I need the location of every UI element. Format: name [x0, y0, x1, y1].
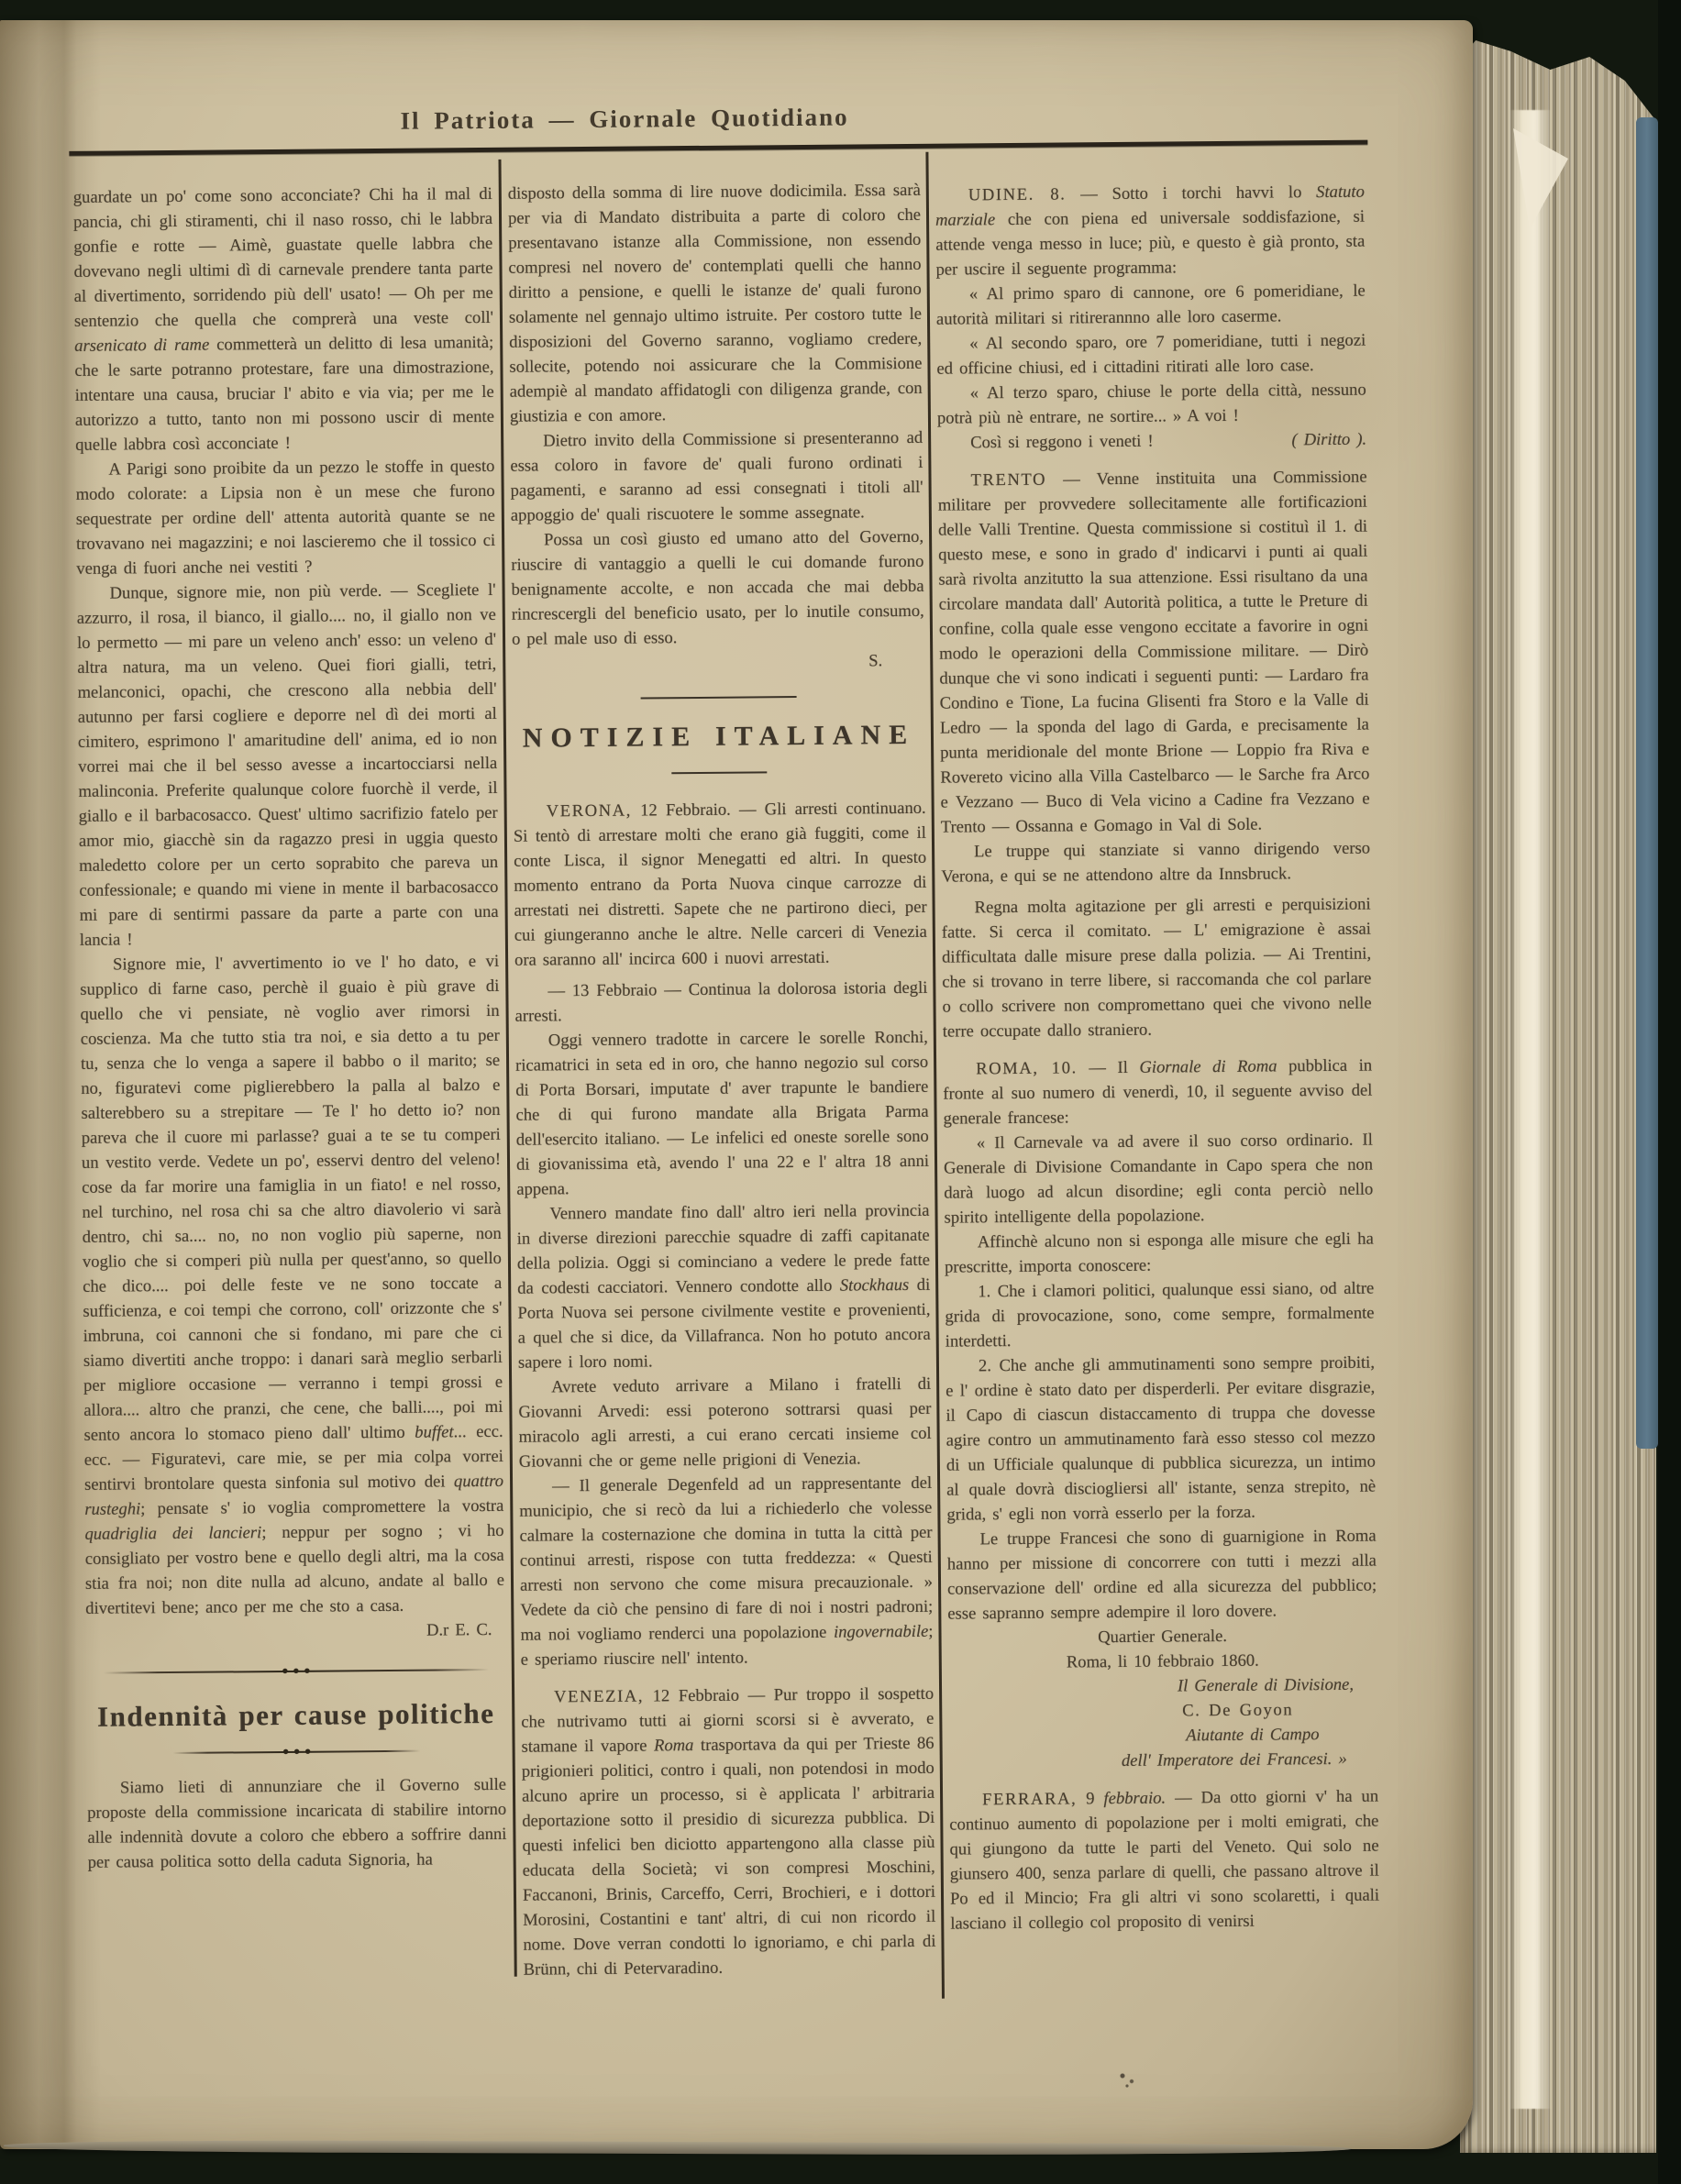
news-paragraph: Oggi vennero tradotte in carcere le sore… — [515, 1025, 930, 1202]
news-paragraph: « Al primo sparo di cannone, ore 6 pomer… — [936, 279, 1366, 332]
divider-ornament — [172, 1748, 420, 1757]
signoff-date: Roma, li 10 febbraio 1860. — [948, 1648, 1377, 1676]
news-item-roma: ROMA, 10. — Il Giornale di Roma pubblica… — [943, 1053, 1373, 1131]
signoff-role-2: dell' Imperatore dei Francesi. » — [949, 1747, 1378, 1775]
news-paragraph: Avrete veduto arrivare a Milano i fratel… — [518, 1372, 932, 1474]
masthead-rule — [69, 140, 1367, 156]
article-paragraph: disposto della somma di lire nuove dodic… — [508, 178, 923, 429]
article-paragraph: Dunque, signore mie, non più verde. — Sc… — [76, 578, 499, 953]
divider-ornament — [103, 1666, 488, 1677]
article-paragraph: Dietro invito della Commissione si prese… — [510, 425, 923, 528]
news-item-trento: TRENTO — Venne instituita una Commission… — [937, 465, 1370, 840]
section-heading: NOTIZIE ITALIANE — [513, 717, 925, 757]
news-paragraph: Regna molta agitazione per gli arresti e… — [941, 892, 1371, 1044]
news-paragraph: — Il generale Degenfeld ad un rappresent… — [519, 1471, 934, 1672]
news-item-13-febbraio: — 13 Febbraio — Continua la dolorosa ist… — [514, 976, 927, 1029]
masthead-title: Il Patriota — Giornale Quotidiano — [93, 101, 1156, 138]
article-paragraph: Possa un così giusto ed umano atto del G… — [511, 524, 924, 652]
news-paragraph: 1. Che i clamori politici, qualunque ess… — [945, 1276, 1375, 1354]
article-signature: S. — [512, 648, 924, 677]
signoff-name: C. De Goyon — [948, 1697, 1377, 1726]
newspaper-scan: Il Patriota — Giornale Quotidiano guarda… — [0, 0, 1681, 2184]
signoff-role: Aiutante di Campo — [948, 1722, 1377, 1750]
divider-rule — [641, 696, 797, 699]
news-closing-line: Così si reggono i veneti ! ( Diritto ). — [937, 427, 1366, 456]
divider-rule — [671, 771, 767, 774]
column-3: UDINE. 8. — Sotto i torchi havvi lo Stat… — [935, 180, 1380, 1936]
news-paragraph: « Al terzo sparo, chiuse le porte della … — [937, 378, 1366, 431]
closing-left: Così si reggono i veneti ! — [937, 429, 1154, 456]
article-signature: D.r E. C. — [85, 1617, 504, 1646]
news-paragraph: « Il Carnevale va ad avere il suo corso … — [944, 1128, 1374, 1230]
news-item-udine: UDINE. 8. — Sotto i torchi havvi lo Stat… — [935, 180, 1366, 282]
article-paragraph: Signore mie, l' avvertimento io ve l' ho… — [80, 949, 504, 1621]
column-2: disposto della somma di lire nuove dodic… — [508, 178, 936, 1982]
column-1: guardate un po' come sono acconciate? Ch… — [73, 182, 507, 1875]
article-paragraph: guardate un po' come sono acconciate? Ch… — [73, 182, 495, 458]
signoff-title: Il Generale di Divisione, — [948, 1672, 1377, 1701]
article-paragraph: A Parigi sono proibite da un pezzo le st… — [75, 454, 495, 581]
article-paragraph: Siamo lieti di annunziare che il Governo… — [87, 1772, 507, 1875]
section-heading: Indennità per cause politiche — [86, 1695, 505, 1736]
news-paragraph: Affinchè alcuno non si esponga alle misu… — [945, 1227, 1374, 1280]
news-paragraph: « Al secondo sparo, ore 7 pomeridiane, t… — [936, 328, 1366, 381]
news-paragraph: Vennero mandate fino dall' altro ieri ne… — [516, 1198, 931, 1375]
signoff-quartier-generale: Quartier Generale. — [947, 1623, 1377, 1651]
news-paragraph: 2. Che anche gli ammutinamenti sono semp… — [946, 1351, 1377, 1528]
news-paragraph: Le truppe Francesi che sono di guarnigio… — [947, 1524, 1377, 1627]
news-paragraph: Le truppe qui stanziate si vanno dirigen… — [941, 836, 1370, 889]
news-item-verona: VERONA, 12 Febbraio. — Gli arresti conti… — [514, 796, 928, 973]
news-item-ferrara: FERRARA, 9 febbraio. — Da otto giorni v'… — [949, 1784, 1379, 1936]
printed-matter: Il Patriota — Giornale Quotidiano guarda… — [0, 0, 1681, 2184]
closing-source: ( Diritto ). — [1291, 427, 1366, 453]
news-item-venezia: VENEZIA, 12 Febbraio — Pur troppo il sos… — [521, 1682, 936, 1982]
